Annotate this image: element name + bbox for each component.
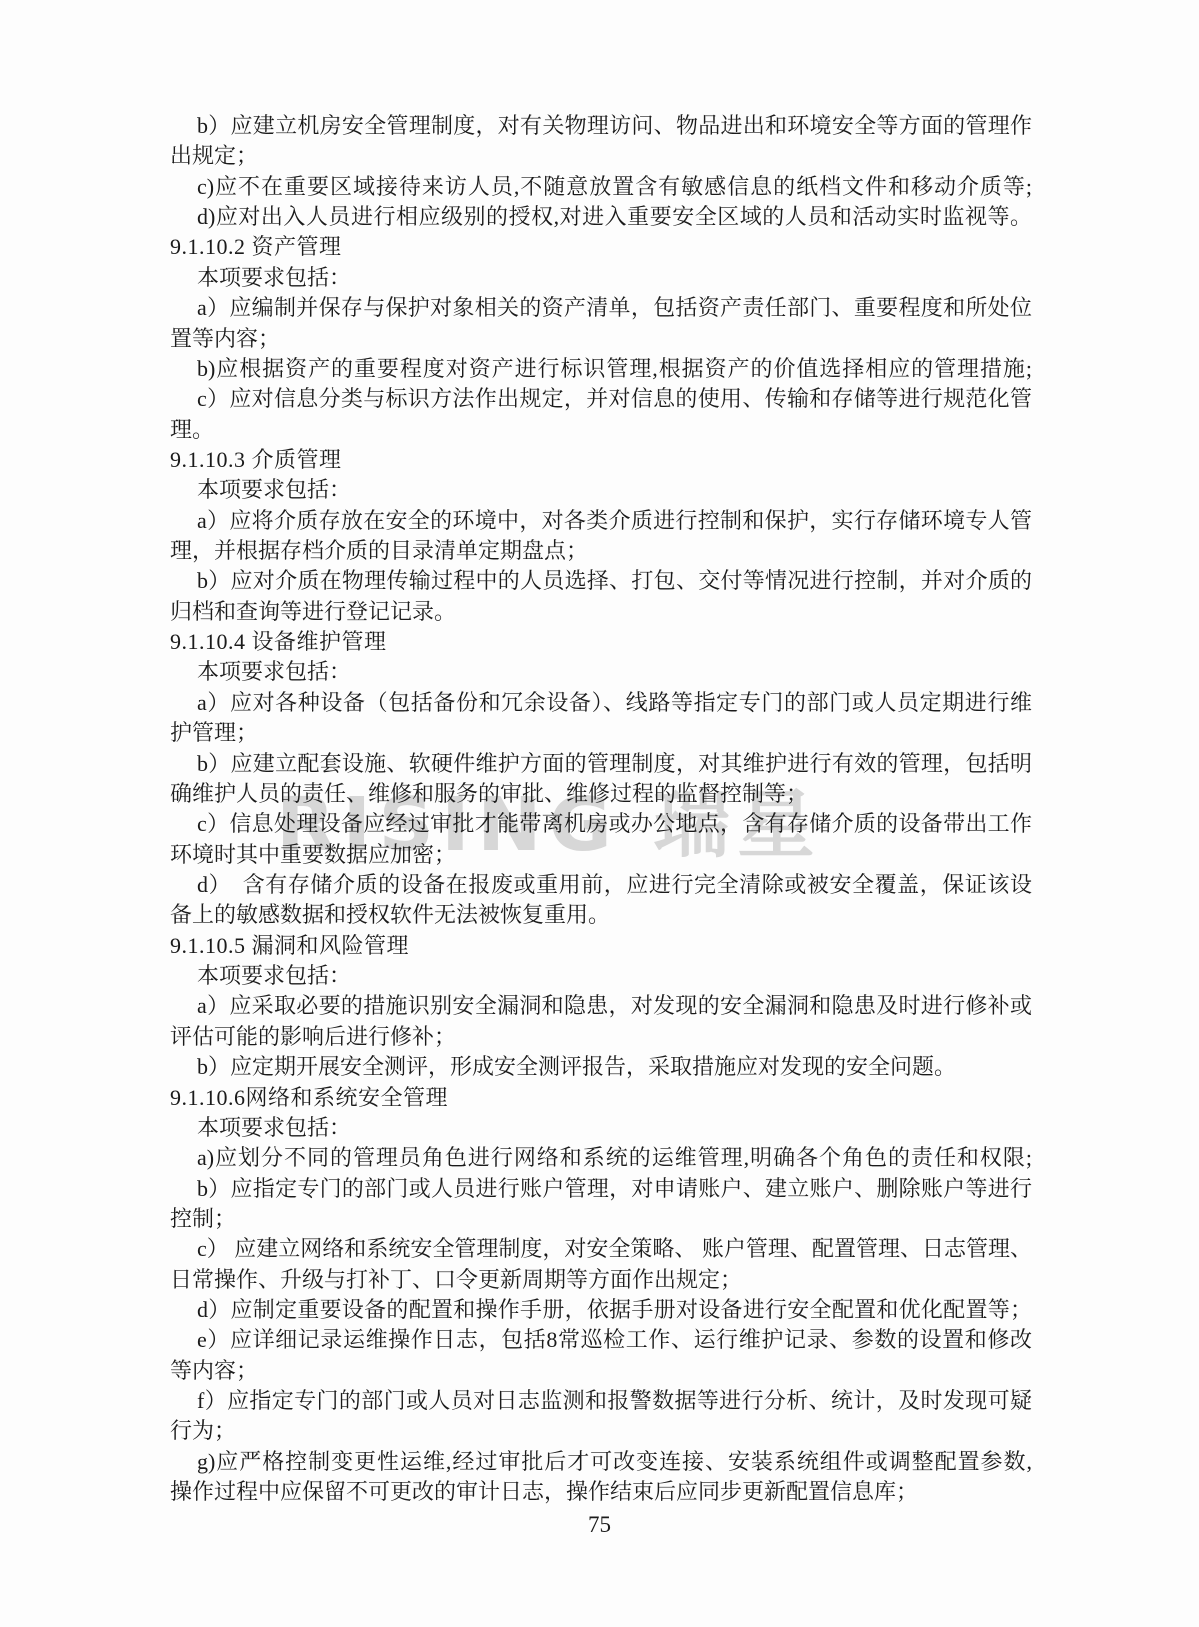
text-line: b）应建立配套设施、软硬件维护方面的管理制度，对其维护进行有效的管理，包括明 xyxy=(170,749,1032,779)
text-line: 置等内容； xyxy=(170,324,1032,354)
text-line: 控制； xyxy=(170,1204,1032,1234)
text-line: c）信息处理设备应经过审批才能带离机房或办公地点，含有存储介质的设备带出工作 xyxy=(170,809,1032,839)
text-line: a）应采取必要的措施识别安全漏洞和隐患，对发现的安全漏洞和隐患及时进行修补或 xyxy=(170,991,1032,1021)
text-line: d）应制定重要设备的配置和操作手册，依据手册对设备进行安全配置和优化配置等； xyxy=(170,1295,1032,1325)
text-line: 本项要求包括： xyxy=(170,475,1032,505)
text-line: 环境时其中重要数据应加密； xyxy=(170,840,1032,870)
text-line: b)应根据资产的重要程度对资产进行标识管理,根据资产的价值选择相应的管理措施; xyxy=(170,354,1032,384)
text-line: 等内容； xyxy=(170,1356,1032,1386)
text-line: 本项要求包括： xyxy=(170,961,1032,991)
text-line: a）应编制并保存与保护对象相关的资产清单，包括资产责任部门、重要程度和所处位 xyxy=(170,293,1032,323)
section-heading: 9.1.10.5 漏洞和风险管理 xyxy=(170,931,1032,961)
text-line: e）应详细记录运维操作日志，包括8常巡检工作、运行维护记录、参数的设置和修改 xyxy=(170,1325,1032,1355)
text-line: 本项要求包括： xyxy=(170,263,1032,293)
text-line: a)应划分不同的管理员角色进行网络和系统的运维管理,明确各个角色的责任和权限; xyxy=(170,1143,1032,1173)
text-line: 出规定； xyxy=(170,141,1032,171)
text-line: 操作过程中应保留不可更改的审计日志，操作结束后应同步更新配置信息库； xyxy=(170,1477,1032,1507)
text-line: 归档和查询等进行登记记录。 xyxy=(170,597,1032,627)
section-heading: 9.1.10.4 设备维护管理 xyxy=(170,627,1032,657)
text-line: 护管理； xyxy=(170,718,1032,748)
text-line: c)应不在重要区域接待来访人员,不随意放置含有敏感信息的纸档文件和移动介质等; xyxy=(170,172,1032,202)
page-number: 75 xyxy=(0,1512,1199,1538)
text-line: 理。 xyxy=(170,415,1032,445)
document-page: RISING 瑞星 b）应建立机房安全管理制度，对有关物理访问、物品进出和环境安… xyxy=(0,0,1199,1627)
text-line: a）应将介质存放在安全的环境中，对各类介质进行控制和保护，实行存储环境专人管 xyxy=(170,506,1032,536)
text-line: 理，并根据存档介质的目录清单定期盘点； xyxy=(170,536,1032,566)
section-heading: 9.1.10.2 资产管理 xyxy=(170,232,1032,262)
text-line: c） 应建立网络和系统安全管理制度，对安全策略、 账户管理、配置管理、日志管理、 xyxy=(170,1234,1032,1264)
section-heading: 9.1.10.3 介质管理 xyxy=(170,445,1032,475)
text-line: d） 含有存储介质的设备在报废或重用前，应进行完全清除或被安全覆盖，保证该设 xyxy=(170,870,1032,900)
text-line: 日常操作、升级与打补丁、口令更新周期等方面作出规定； xyxy=(170,1265,1032,1295)
text-line: 本项要求包括： xyxy=(170,657,1032,687)
text-line: b）应对介质在物理传输过程中的人员选择、打包、交付等情况进行控制，并对介质的 xyxy=(170,566,1032,596)
text-line: b）应建立机房安全管理制度，对有关物理访问、物品进出和环境安全等方面的管理作 xyxy=(170,111,1032,141)
text-line: 行为； xyxy=(170,1416,1032,1446)
text-line: f）应指定专门的部门或人员对日志监测和报警数据等进行分析、统计，及时发现可疑 xyxy=(170,1386,1032,1416)
text-line: b）应指定专门的部门或人员进行账户管理，对申请账户、建立账户、删除账户等进行 xyxy=(170,1174,1032,1204)
text-line: d)应对出入人员进行相应级别的授权,对进入重要安全区域的人员和活动实时监视等。 xyxy=(170,202,1032,232)
document-body: b）应建立机房安全管理制度，对有关物理访问、物品进出和环境安全等方面的管理作出规… xyxy=(170,111,1032,1508)
text-line: 确维护人员的责任、维修和服务的审批、维修过程的监督控制等； xyxy=(170,779,1032,809)
text-line: b）应定期开展安全测评，形成安全测评报告，采取措施应对发现的安全问题。 xyxy=(170,1052,1032,1082)
text-line: c）应对信息分类与标识方法作出规定，并对信息的使用、传输和存储等进行规范化管 xyxy=(170,384,1032,414)
section-heading: 9.1.10.6网络和系统安全管理 xyxy=(170,1083,1032,1113)
text-line: g)应严格控制变更性运维,经过审批后才可改变连接、安装系统组件或调整配置参数, xyxy=(170,1447,1032,1477)
text-line: 备上的敏感数据和授权软件无法被恢复重用。 xyxy=(170,900,1032,930)
text-line: 本项要求包括： xyxy=(170,1113,1032,1143)
text-line: a）应对各种设备（包括备份和冗余设备）、线路等指定专门的部门或人员定期进行维 xyxy=(170,688,1032,718)
text-line: 评估可能的影响后进行修补； xyxy=(170,1022,1032,1052)
